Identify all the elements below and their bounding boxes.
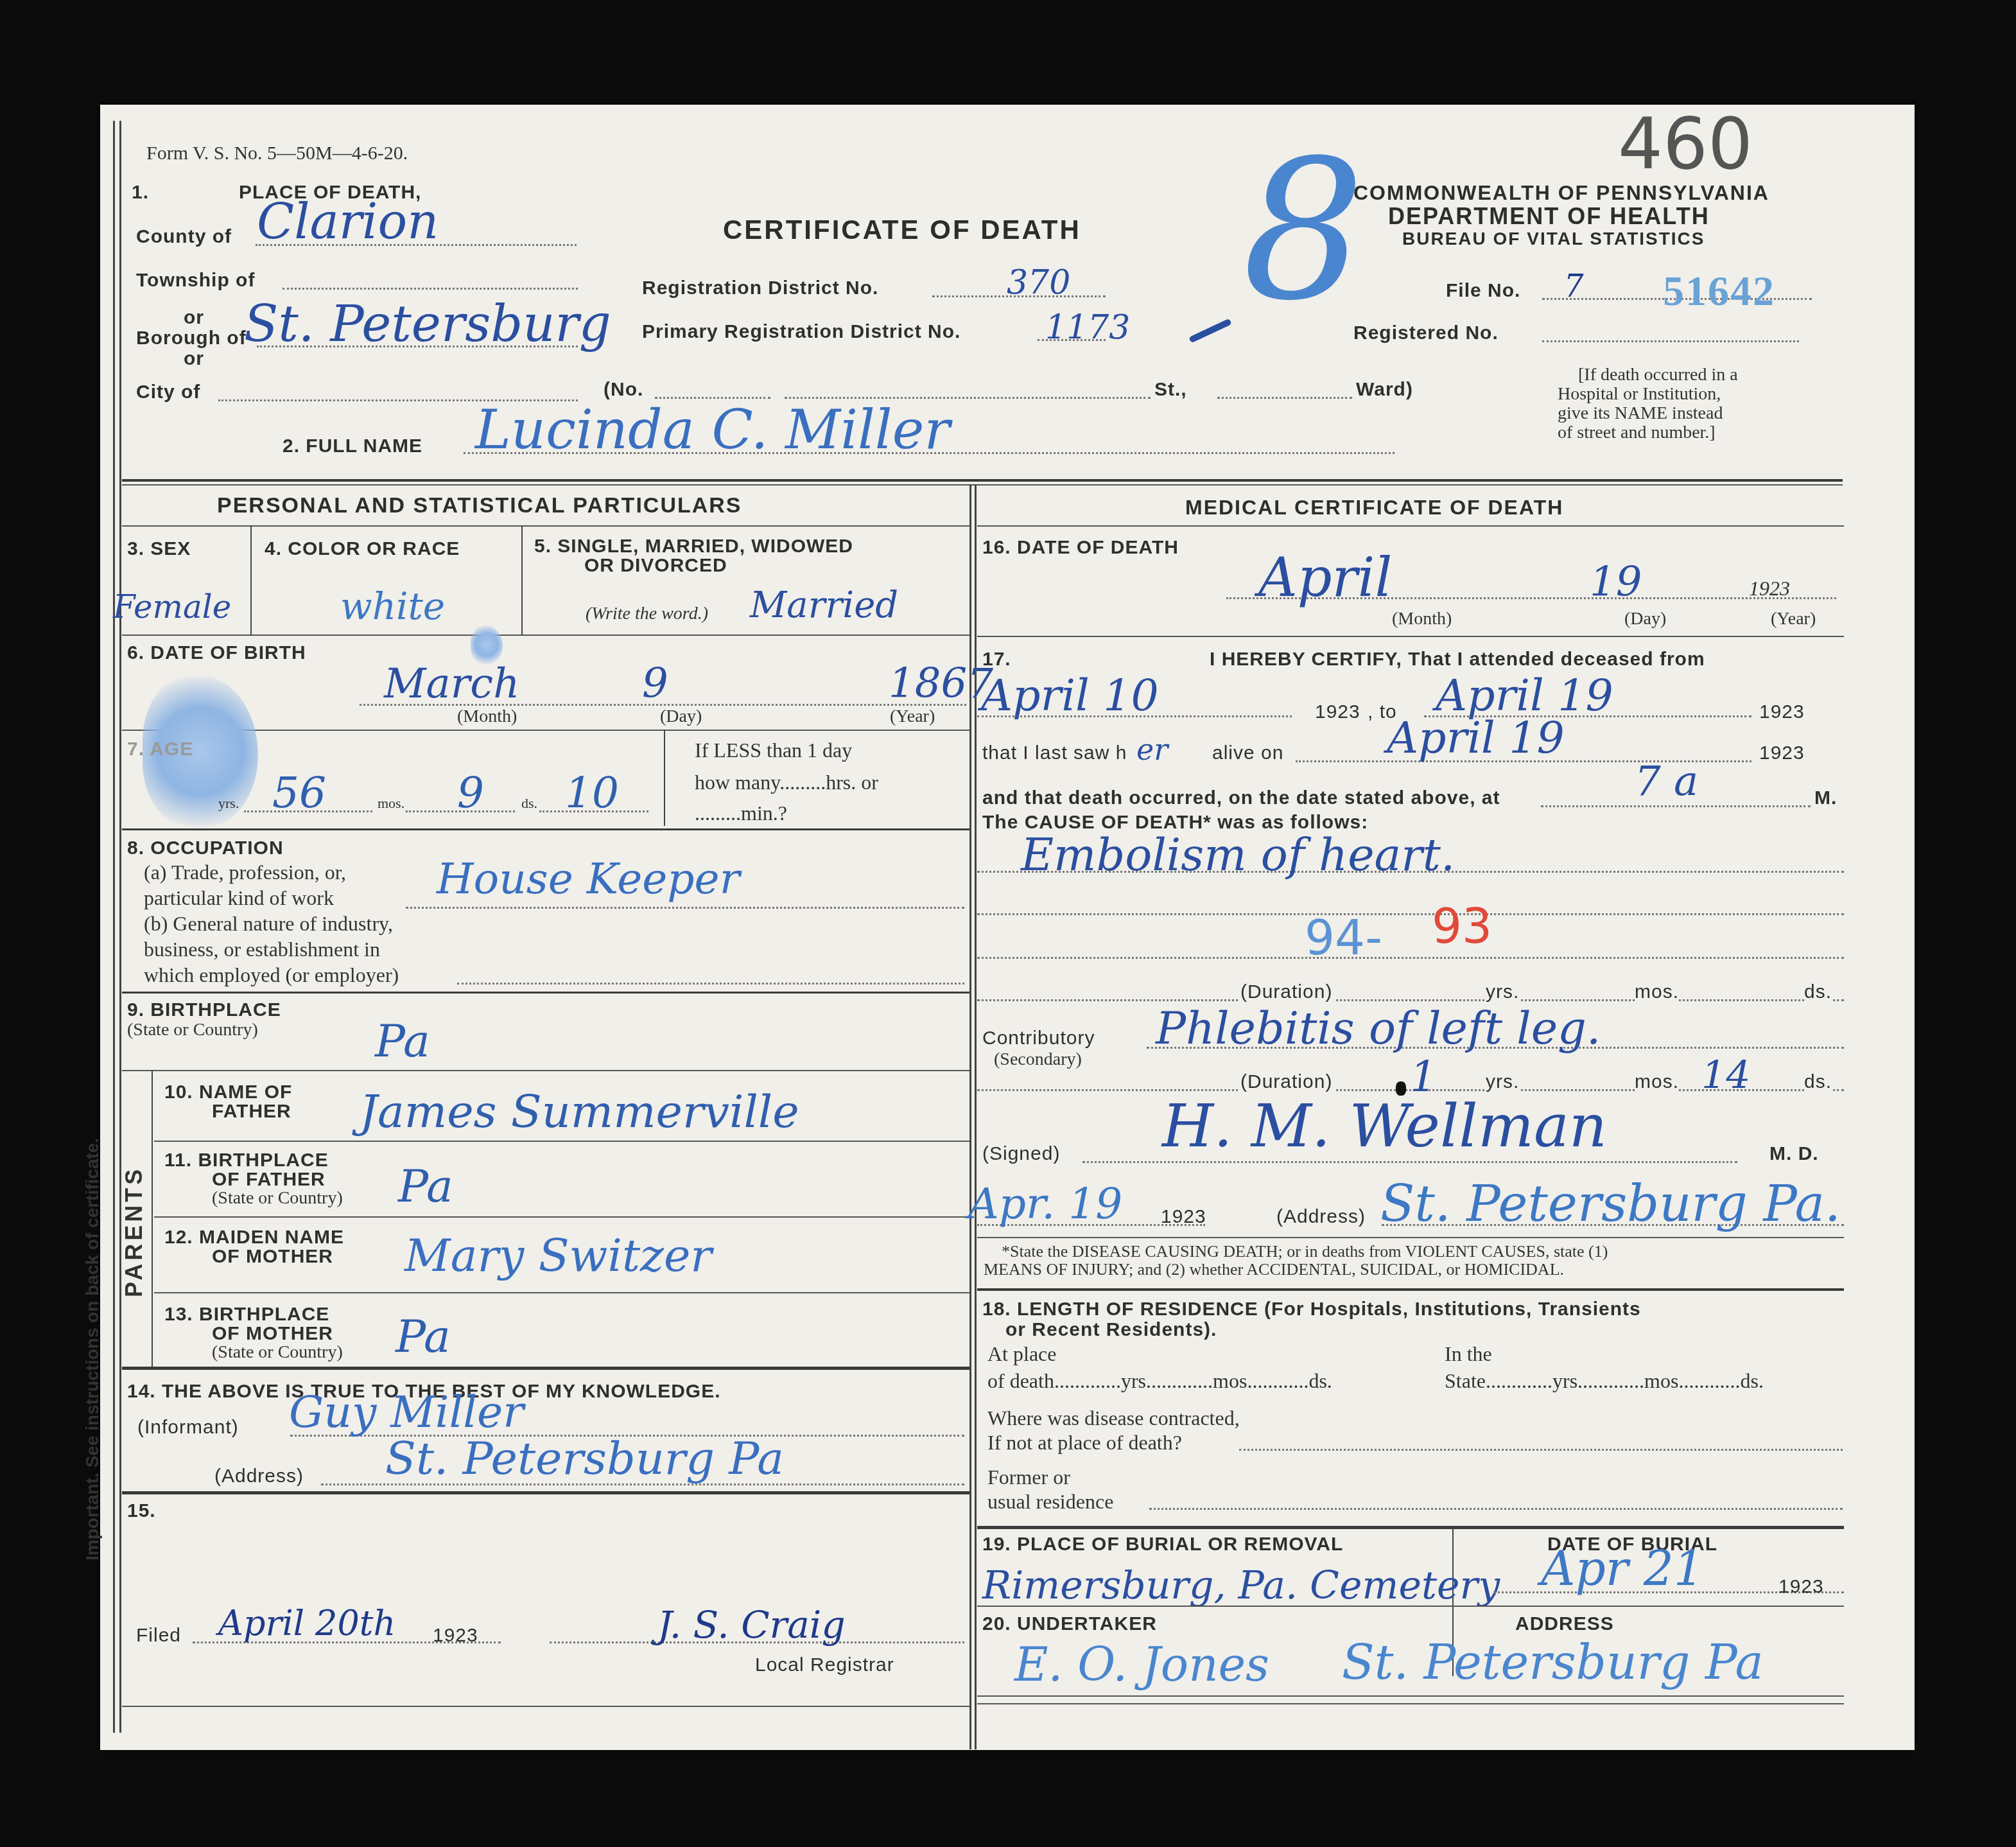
mother-birthplace-label-2: OF MOTHER <box>212 1323 333 1345</box>
footnote-2: MEANS OF INJURY; and (2) whether ACCIDEN… <box>984 1260 1564 1279</box>
cause-line-2 <box>977 913 1844 915</box>
hospital-note-2: Hospital or Institution, <box>1558 384 1721 405</box>
informant-label: (Informant) <box>137 1417 239 1439</box>
less-day-line-3: .........min.? <box>695 801 787 825</box>
occupation-a2: particular kind of work <box>144 886 334 910</box>
margin-number-8: 8 <box>1242 135 1365 328</box>
contracted-line <box>1239 1449 1843 1451</box>
mother-birthplace-label-1: 13. BIRTHPLACE <box>164 1304 329 1326</box>
st-label: St., <box>1154 379 1187 401</box>
filed-value: April 20th <box>218 1603 395 1643</box>
contrib-yrs: yrs. <box>1486 1071 1519 1093</box>
cause-of-death: Embolism of heart. <box>1021 828 1455 881</box>
physician-address-label: (Address) <box>1276 1206 1366 1228</box>
burial-place: Rimersburg, Pa. Cemetery <box>982 1563 1500 1608</box>
county-label: County of <box>136 226 232 248</box>
registration-district-value: 370 <box>1007 263 1070 302</box>
issuer-line-1: COMMONWEALTH OF PENNSYLVANIA <box>1353 181 1769 205</box>
informant-address-label: (Address) <box>214 1466 304 1487</box>
full-name-value: Lucinda C. Miller <box>475 398 950 461</box>
contrib-ds: ds. <box>1804 1071 1832 1093</box>
bottom-border <box>122 1706 969 1707</box>
last-saw-pronoun: er <box>1136 732 1168 767</box>
dod-year-caption: (Year) <box>1771 609 1816 629</box>
contributory-cause: Phlebitis of left leg. <box>1156 1002 1601 1055</box>
row-divider <box>154 1292 969 1293</box>
code-red: 93 <box>1432 899 1492 954</box>
row-divider <box>122 1070 969 1071</box>
mother-birthplace-hint: (State or Country) <box>212 1342 343 1363</box>
dob-month: March <box>384 660 519 708</box>
mos-caption: mos. <box>378 795 404 812</box>
primary-district-value: 1173 <box>1045 308 1130 347</box>
left-border-line <box>113 121 115 1733</box>
occupation-label: 8. OCCUPATION <box>127 837 284 859</box>
row-divider <box>122 635 969 636</box>
undertaker-label: 20. UNDERTAKER <box>982 1613 1157 1635</box>
header-divider-thin <box>122 484 1843 486</box>
age-days: 10 <box>565 768 619 818</box>
birthplace-value: Pa <box>375 1015 430 1067</box>
marital-label-2: OR DIVORCED <box>584 555 727 577</box>
cell-divider <box>521 525 523 635</box>
father-value: James Summerville <box>360 1085 799 1138</box>
duration-yrs: yrs. <box>1486 981 1519 1003</box>
attended-from-year: 1923 <box>1315 701 1360 723</box>
burial-date: Apr 21 <box>1541 1541 1704 1597</box>
township-label: Township of <box>136 270 255 292</box>
row-divider <box>977 636 1844 637</box>
at-place-1: At place <box>987 1342 1057 1366</box>
less-day-line-1: If LESS than 1 day <box>695 739 852 762</box>
burial-year: 1923 <box>1778 1576 1824 1598</box>
row-divider <box>122 1491 969 1494</box>
mother-label-1: 12. MAIDEN NAME <box>164 1227 344 1248</box>
dod-month-caption: (Month) <box>1392 609 1452 629</box>
occupation-b3: which employed (or employer) <box>144 963 399 987</box>
date-of-death-month: April <box>1258 546 1392 609</box>
in-state-2: State.............yrs.............mos...… <box>1445 1369 1764 1393</box>
signed-line <box>1082 1161 1737 1163</box>
signed-year: 1923 <box>1161 1206 1206 1228</box>
marital-hint: (Write the word.) <box>586 604 708 624</box>
age-years: 56 <box>272 768 326 818</box>
marital-value: Married <box>750 584 898 626</box>
time-line <box>1541 805 1811 807</box>
registrar-label: Local Registrar <box>755 1654 894 1676</box>
primary-district-label: Primary Registration District No. <box>642 321 960 343</box>
row-divider <box>977 1606 1844 1607</box>
file-stamp-number: 51642 <box>1663 267 1775 316</box>
physician-signature: H. M. Wellman <box>1162 1092 1607 1160</box>
registered-no-line <box>1542 340 1799 342</box>
md-label: M. D. <box>1769 1143 1819 1165</box>
residence-label-2: or Recent Residents). <box>1005 1319 1217 1341</box>
contracted-2: If not at place of death? <box>987 1431 1182 1455</box>
dob-label: 6. DATE OF BIRTH <box>127 642 306 664</box>
sex-label: 3. SEX <box>127 538 191 560</box>
cell-divider <box>250 525 252 635</box>
filed-year: 1923 <box>433 1625 478 1647</box>
father-label-2: FATHER <box>212 1101 291 1123</box>
mother-value: Mary Switzer <box>404 1229 712 1282</box>
dob-year: 1867 <box>889 660 993 708</box>
birthplace-hint: (State or Country) <box>127 1020 258 1040</box>
section-1-number: 1. <box>132 182 149 204</box>
or-label: or <box>184 307 204 329</box>
year-caption: (Year) <box>890 706 935 727</box>
former-residence-1: Former or <box>987 1466 1070 1489</box>
sex-value: Female <box>113 588 231 626</box>
dod-day-caption: (Day) <box>1624 609 1666 629</box>
registration-district-label: Registration District No. <box>642 277 878 299</box>
contrib-mos: mos. <box>1635 1071 1679 1093</box>
or-label: or <box>184 348 204 370</box>
code-blue: 94- <box>1305 911 1382 966</box>
issuer-line-2: DEPARTMENT OF HEALTH <box>1388 203 1710 230</box>
date-of-death-day: 19 <box>1590 559 1642 606</box>
alive-on-label: alive on <box>1212 742 1283 764</box>
father-birthplace-label-1: 11. BIRTHPLACE <box>164 1150 329 1171</box>
occupation-value: House Keeper <box>437 854 740 904</box>
row-divider <box>122 992 969 994</box>
medical-heading: MEDICAL CERTIFICATE OF DEATH <box>1185 496 1563 520</box>
signed-label: (Signed) <box>982 1143 1060 1165</box>
yrs-caption: yrs. <box>218 795 239 812</box>
race-label: 4. COLOR OR RACE <box>265 538 460 560</box>
mother-birthplace-value: Pa <box>395 1310 451 1363</box>
bottom-border <box>977 1695 1844 1697</box>
row-divider <box>977 1237 1844 1238</box>
contrib-months: 14 <box>1701 1053 1750 1098</box>
age-label: 7. AGE <box>127 739 193 760</box>
township-line <box>282 288 578 290</box>
occupation-b-line <box>457 983 964 985</box>
cell-divider <box>664 730 665 826</box>
header-divider <box>122 479 1843 482</box>
occupation-a-line <box>406 907 964 909</box>
borough-value: St. Petersburg <box>244 295 611 353</box>
duration-line <box>977 999 1844 1001</box>
registered-no-label: Registered No. <box>1353 322 1499 344</box>
at-place-2: of death.............yrs.............mos… <box>987 1369 1332 1393</box>
secondary-label: (Secondary) <box>994 1049 1082 1070</box>
certificate-title: CERTIFICATE OF DEATH <box>723 214 1081 245</box>
last-saw-label: that I last saw h <box>982 742 1127 764</box>
occupation-b2: business, or establishment in <box>144 938 380 961</box>
occupation-a1: (a) Trade, profession, or, <box>144 861 346 884</box>
left-border-line <box>119 121 121 1733</box>
row-divider <box>122 828 969 830</box>
informant-address: St. Petersburg Pa <box>385 1432 784 1485</box>
file-no-label: File No. <box>1446 280 1520 302</box>
ink-blot <box>471 626 503 664</box>
dob-day: 9 <box>642 660 668 708</box>
date-of-death-label: 16. DATE OF DEATH <box>982 537 1179 559</box>
duration-mos: mos. <box>1635 981 1679 1003</box>
last-saw-date: April 19 <box>1387 713 1565 764</box>
hospital-note-1: [If death occurred in a <box>1578 365 1738 385</box>
city-label: City of <box>136 381 200 403</box>
less-day-line-2: how many.........hrs. or <box>695 771 878 794</box>
form-number: Form V. S. No. 5—50M—4-6-20. <box>146 143 408 164</box>
row-divider <box>122 525 969 527</box>
margin-instruction: Important. See instructions on back of c… <box>82 1138 103 1561</box>
in-state-1: In the <box>1445 1342 1492 1366</box>
county-value: Clarion <box>257 193 439 250</box>
former-residence-line <box>1149 1508 1843 1510</box>
issuer-line-3: BUREAU OF VITAL STATISTICS <box>1402 229 1705 249</box>
row-divider <box>154 1141 969 1142</box>
duration-label: (Duration) <box>1238 981 1335 1003</box>
row-divider <box>977 1526 1844 1529</box>
street-no-label: (No. <box>604 379 643 401</box>
physician-address: St. Petersburg Pa. <box>1380 1175 1841 1233</box>
birthplace-label: 9. BIRTHPLACE <box>127 999 281 1021</box>
father-label-1: 10. NAME OF <box>164 1081 292 1103</box>
signed-date: Apr. 19 <box>968 1179 1122 1229</box>
undertaker-name: E. O. Jones <box>1014 1638 1269 1692</box>
father-birthplace-value: Pa <box>398 1160 453 1212</box>
mother-label-2: OF MOTHER <box>212 1246 333 1268</box>
race-value: white <box>340 584 445 628</box>
undertaker-address-label: ADDRESS <box>1515 1613 1614 1635</box>
borough-label: Borough of <box>136 328 247 349</box>
ds-caption: ds. <box>521 795 537 812</box>
residence-label-1: 18. LENGTH OF RESIDENCE (For Hospitals, … <box>982 1299 1641 1320</box>
death-occurred-text: and that death occurred, on the date sta… <box>982 787 1500 809</box>
hospital-note-4: of street and number.] <box>1558 423 1716 443</box>
parents-bracket <box>152 1070 153 1367</box>
file-no-prefix: 7 <box>1564 268 1584 304</box>
m-label: M. <box>1814 787 1837 809</box>
row-divider <box>122 1367 969 1370</box>
cause-line-3 <box>977 957 1844 959</box>
bottom-border <box>977 1703 1844 1704</box>
contracted-1: Where was disease contracted, <box>987 1406 1240 1430</box>
age-months: 9 <box>457 768 484 818</box>
personal-heading: PERSONAL AND STATISTICAL PARTICULARS <box>217 493 742 518</box>
item-17-label: 17. <box>982 649 1011 670</box>
father-birthplace-hint: (State or Country) <box>212 1188 343 1209</box>
date-of-death-year: 1923 <box>1749 577 1790 600</box>
row-divider <box>977 1288 1844 1291</box>
occupation-b1: (b) General nature of industry, <box>144 912 393 936</box>
certify-text: I HEREBY CERTIFY, That I attended deceas… <box>1210 649 1705 670</box>
informant-value: Guy Miller <box>289 1387 524 1438</box>
registrar-signature: J. S. Craig <box>657 1603 846 1647</box>
marital-label-1: 5. SINGLE, MARRIED, WIDOWED <box>534 536 853 557</box>
contributory-label: Contributory <box>982 1028 1095 1049</box>
day-caption: (Day) <box>660 706 702 727</box>
row-divider <box>977 525 1844 527</box>
contrib-duration-label: (Duration) <box>1238 1071 1335 1093</box>
item-15-label: 15. <box>127 1500 156 1522</box>
time-of-death: 7 a <box>1635 758 1698 805</box>
hospital-note-3: give its NAME instead <box>1558 403 1723 424</box>
full-name-label: 2. FULL NAME <box>282 435 422 457</box>
father-birthplace-label-2: OF FATHER <box>212 1169 326 1191</box>
last-saw-year: 1923 <box>1759 742 1805 764</box>
parents-label: PARENTS <box>121 1166 148 1297</box>
attended-from: April 10 <box>981 670 1159 721</box>
ward-label: Ward) <box>1356 379 1413 401</box>
footnote-1: *State the DISEASE CAUSING DEATH; or in … <box>1002 1242 1608 1261</box>
attended-to-year: 1923 <box>1759 701 1805 723</box>
former-residence-2: usual residence <box>987 1490 1113 1514</box>
row-divider <box>154 1216 969 1218</box>
duration-ds: ds. <box>1804 981 1832 1003</box>
filed-label: Filed <box>136 1625 181 1647</box>
month-caption: (Month) <box>457 706 517 727</box>
undertaker-address: St. Petersburg Pa <box>1342 1635 1764 1690</box>
burial-label: 19. PLACE OF BURIAL OR REMOVAL <box>982 1534 1343 1555</box>
ward-line <box>1217 397 1352 399</box>
pencil-number: 460 <box>1618 103 1753 185</box>
